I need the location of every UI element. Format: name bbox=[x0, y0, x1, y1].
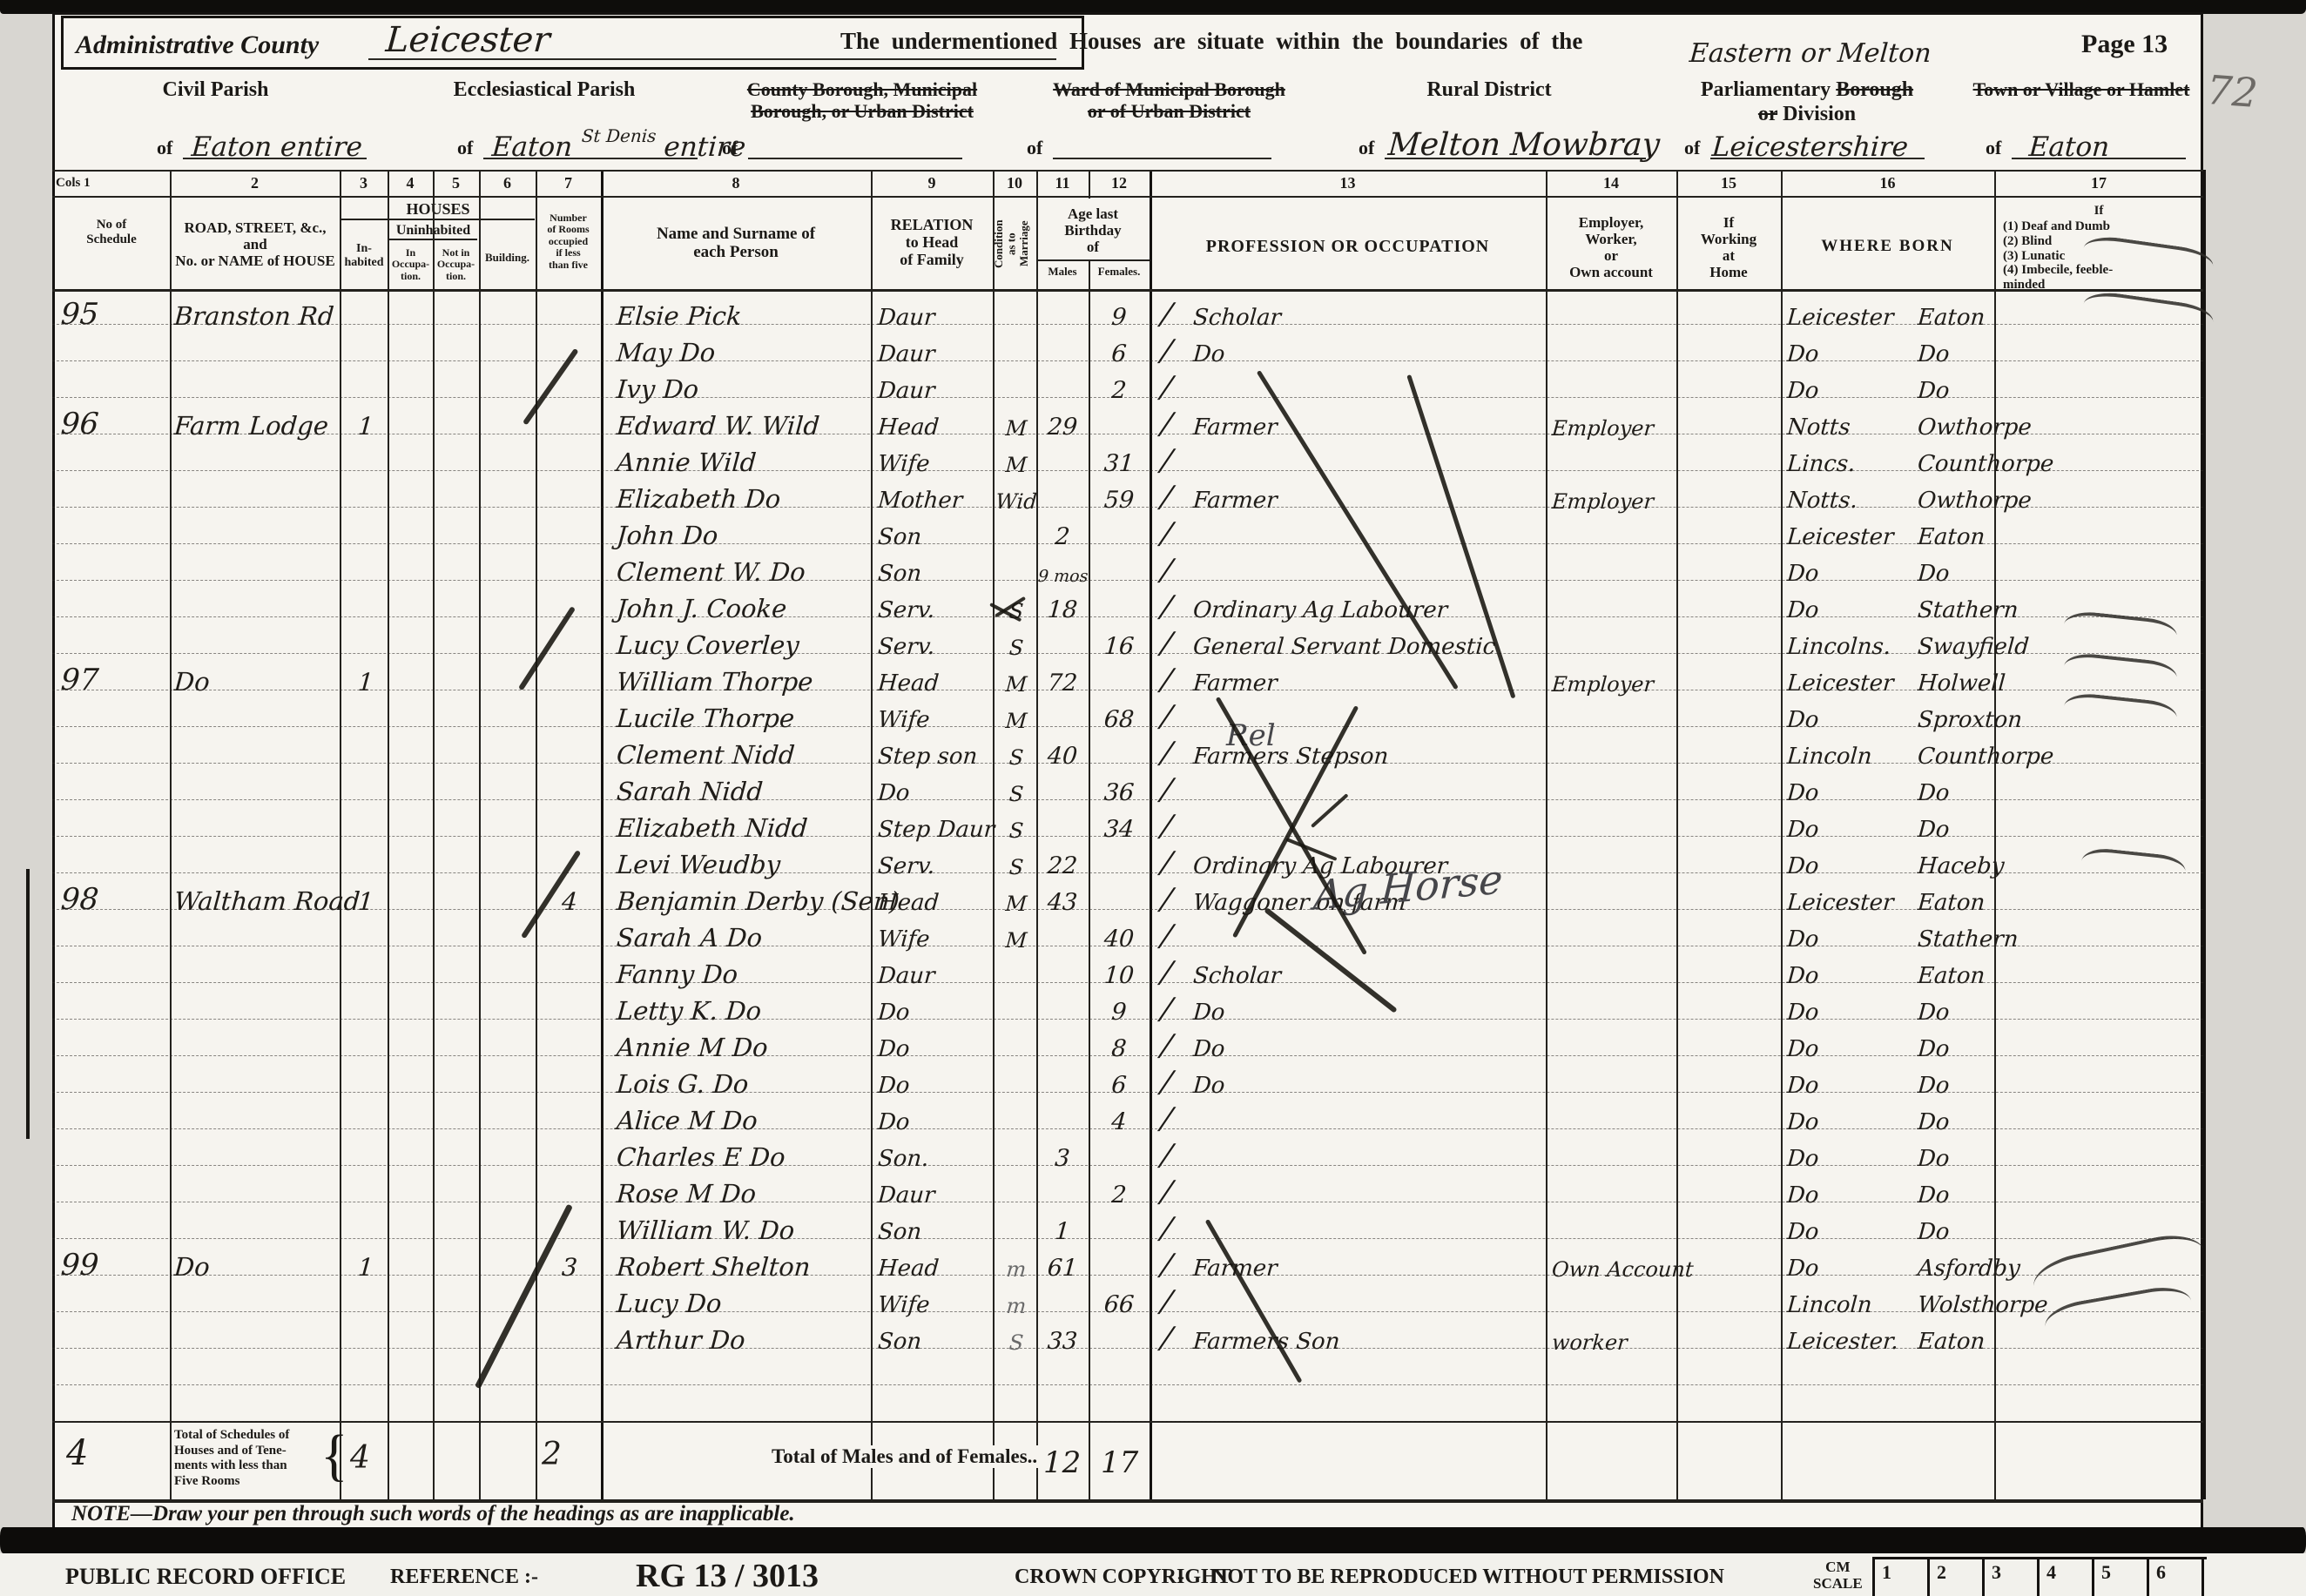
col-header-females: Females. bbox=[1090, 265, 1148, 279]
district-county-borough: County Borough, Municipal Borough, or Ur… bbox=[710, 73, 1015, 170]
district-title: County Borough, Municipal Borough, or Ur… bbox=[710, 78, 1015, 123]
census-row: /95Branston RdElsie PickDaur9ScholarLeic… bbox=[52, 287, 2203, 325]
scale-mark: 6 bbox=[2147, 1559, 2201, 1596]
census-row: /Levi WeudbyServ.S22Ordinary Ag Labourer… bbox=[52, 836, 2203, 873]
col-header-inhabited: In- habited bbox=[341, 242, 387, 269]
district-value-superscript: St Denis bbox=[581, 125, 657, 146]
totals-males-count: 12 bbox=[1043, 1445, 1081, 1480]
column-number: 17 bbox=[1994, 170, 2203, 196]
district-title: Rural District bbox=[1324, 78, 1655, 103]
sheet-heading: The undermentioned Houses are situate wi… bbox=[840, 28, 1642, 55]
of-label: of bbox=[157, 137, 172, 159]
district-title: Parliamentary Borough or Division bbox=[1655, 78, 1959, 126]
census-row: /98Waltham Road14Benjamin Derby (Sen)Hea… bbox=[52, 872, 2203, 910]
district-parliamentary-division: Eastern or Melton Parliamentary Borough … bbox=[1655, 73, 1959, 170]
col-header-name: Name and Surname of each Person bbox=[603, 225, 869, 262]
col-header-schedule: No of Schedule bbox=[56, 218, 167, 247]
district-value-part: Eaton bbox=[491, 131, 574, 163]
footer-reference-label: REFERENCE :- bbox=[390, 1566, 538, 1589]
column-line bbox=[2203, 170, 2206, 1499]
census-row: /William W. DoSon1DoDo bbox=[52, 1202, 2203, 1239]
footer-reference-number: RG 13 / 3013 bbox=[636, 1557, 819, 1595]
district-town-village: Town or Village or Hamlet of Eaton bbox=[1959, 73, 2203, 170]
struck-heading-line: Borough, or Urban District bbox=[751, 100, 974, 122]
fill-in-line bbox=[1053, 158, 1271, 159]
of-label: of bbox=[1359, 137, 1374, 159]
of-label: of bbox=[722, 137, 738, 159]
scale-mark: 3 bbox=[1982, 1559, 2037, 1596]
district-title: Ward of Municipal Borough or of Urban Di… bbox=[1015, 78, 1324, 123]
column-line bbox=[1089, 170, 1090, 199]
census-row: /Clement NiddStep sonS40Farmers StepsonL… bbox=[52, 726, 2203, 764]
col-header-infirmity-title: If bbox=[1996, 204, 2201, 219]
scale-mark: 1 bbox=[1872, 1559, 1927, 1596]
column-number: 8 bbox=[601, 170, 871, 196]
census-row: /Ivy DoDaur2DoDo bbox=[52, 360, 2203, 398]
column-number: 15 bbox=[1676, 170, 1781, 196]
totals-schedule-count: 4 bbox=[66, 1433, 88, 1473]
totals-rooms-count: 2 bbox=[542, 1437, 562, 1472]
census-page-scan: Administrative County Leicester The unde… bbox=[0, 0, 2306, 1596]
census-row: /Arthur DoSonS33Farmers SonworkerLeicest… bbox=[52, 1311, 2203, 1349]
table-rule bbox=[52, 196, 2203, 198]
census-row: /Charles E DoSon.3DoDo bbox=[52, 1128, 2203, 1166]
totals-inhabited-count: 4 bbox=[350, 1440, 370, 1476]
census-row: /Clement W. DoSon9 mosDoDo bbox=[52, 543, 2203, 581]
col-header-rooms: Number of Rooms occupied if less than fi… bbox=[537, 212, 599, 271]
column-number: 13 bbox=[1150, 170, 1546, 196]
column-number: 4 bbox=[388, 170, 433, 196]
table-rule bbox=[52, 170, 2203, 172]
column-number: 9 bbox=[871, 170, 993, 196]
census-row: /John J. CookeServ.S18Ordinary Ag Labour… bbox=[52, 580, 2203, 617]
record-office-footer: PUBLIC RECORD OFFICE REFERENCE :- RG 13 … bbox=[0, 1553, 2306, 1596]
folio-number: 72 bbox=[2205, 66, 2259, 117]
footer-scale-label: CM SCALE bbox=[1813, 1559, 1863, 1592]
of-label: of bbox=[1684, 137, 1700, 159]
district-value: Leicestershire bbox=[1711, 131, 1910, 163]
of-label: of bbox=[1986, 137, 2001, 159]
col-header-age: Age last Birthday of bbox=[1038, 205, 1148, 255]
scale-mark: 2 bbox=[1927, 1559, 1982, 1596]
district-ecclesiastical-parish: Ecclesiastical Parish of Eaton St Denis … bbox=[379, 73, 710, 170]
col-header-road: ROAD, STREET, &c., and No. or NAME of HO… bbox=[172, 219, 339, 269]
census-row: /Annie WildWifeM31Lincs.Counthorpe bbox=[52, 434, 2203, 471]
struck-heading-part: Borough bbox=[1836, 78, 1913, 101]
column-number: 14 bbox=[1546, 170, 1676, 196]
census-row: /Lois G. DoDo6DoDoDo bbox=[52, 1055, 2203, 1093]
col-header-relation: RELATION to Head of Family bbox=[873, 216, 991, 268]
col-header-not-in-occupation: Not in Occupa- tion. bbox=[435, 247, 477, 282]
column-number: Cols 1 bbox=[52, 170, 170, 196]
admin-county-underline bbox=[368, 58, 1056, 60]
cm-scale-ruler: 123456 bbox=[1872, 1557, 2207, 1596]
census-row: /Alice M DoDo4DoDo bbox=[52, 1092, 2203, 1129]
footnote: NOTE—Draw your pen through such words of… bbox=[71, 1502, 795, 1526]
district-rural-district: Rural District of Melton Mowbray bbox=[1324, 73, 1655, 170]
district-value: Eaton entire bbox=[191, 131, 363, 163]
struck-heading-part: or bbox=[1758, 103, 1777, 125]
scan-artifact-line bbox=[26, 869, 30, 1139]
col-header-houses: HOUSES bbox=[341, 200, 535, 220]
column-number: 11 bbox=[1036, 170, 1089, 196]
district-title: Civil Parish bbox=[52, 78, 379, 103]
column-number: 7 bbox=[536, 170, 601, 196]
age-subdivider bbox=[1036, 259, 1150, 261]
scan-divider-bar bbox=[0, 1527, 2306, 1553]
column-number: 16 bbox=[1781, 170, 1994, 196]
census-row: /Rose M DoDaur2DoDo bbox=[52, 1165, 2203, 1202]
totals-females-count: 17 bbox=[1101, 1445, 1138, 1480]
census-row: /Elizabeth NiddStep DaurS34DoDo bbox=[52, 799, 2203, 837]
heading-part: Division bbox=[1777, 103, 1856, 125]
scale-mark: 4 bbox=[2037, 1559, 2092, 1596]
struck-heading-line: Town or Village or Hamlet bbox=[1973, 78, 2190, 100]
district-ward: Ward of Municipal Borough or of Urban Di… bbox=[1015, 73, 1324, 170]
district-value: Melton Mowbray bbox=[1387, 127, 1662, 163]
of-label: of bbox=[457, 137, 473, 159]
footer-copyright: CROWN COPYRIGHT bbox=[1015, 1566, 1231, 1589]
page-number: Page 13 bbox=[2081, 30, 2168, 59]
col-header-profession: PROFESSION OR OCCUPATION bbox=[1151, 237, 1544, 257]
handwritten-annotation: Eastern or Melton bbox=[1689, 38, 1932, 69]
census-row bbox=[52, 1348, 2203, 1385]
column-number: 12 bbox=[1089, 170, 1150, 196]
district-title: Town or Village or Hamlet bbox=[1959, 78, 2203, 100]
census-row: /Annie M DoDo8DoDoDo bbox=[52, 1019, 2203, 1056]
district-value: Eaton St Denis entire bbox=[491, 131, 747, 163]
struck-heading-line: Ward of Municipal Borough bbox=[1053, 78, 1285, 100]
footer-office: PUBLIC RECORD OFFICE bbox=[65, 1564, 346, 1590]
census-row: /Sarah A DoWifeM40DoStathern bbox=[52, 909, 2203, 946]
district-value: Eaton bbox=[2028, 131, 2111, 163]
census-row: /96Farm Lodge1Edward W. WildHeadM29Farme… bbox=[52, 397, 2203, 434]
census-row: /Letty K. DoDo9DoDoDo bbox=[52, 982, 2203, 1020]
district-civil-parish: Civil Parish of Eaton entire bbox=[52, 73, 379, 170]
census-row: /Lucy DoWifem66LincolnWolsthorpe bbox=[52, 1275, 2203, 1312]
census-row bbox=[52, 1384, 2203, 1422]
of-label: of bbox=[1027, 137, 1042, 159]
scale-mark: 5 bbox=[2092, 1559, 2147, 1596]
col-header-working-at-home: If Working at Home bbox=[1678, 214, 1779, 280]
district-title: Ecclesiastical Parish bbox=[379, 78, 710, 103]
struck-heading-line: County Borough, Municipal bbox=[747, 78, 977, 100]
column-number: 3 bbox=[340, 170, 388, 196]
scale-end-line bbox=[2201, 1559, 2211, 1596]
totals-label: Total of Schedules of Houses and of Tene… bbox=[174, 1428, 289, 1490]
totals-males-females-label: Total of Males and of Females.. bbox=[765, 1445, 1044, 1468]
census-row: /Elizabeth DoMotherWid59FarmerEmployerNo… bbox=[52, 470, 2203, 508]
col-header-in-occupation: In Occupa- tion. bbox=[389, 247, 432, 282]
footer-dash: - bbox=[1177, 1566, 1184, 1589]
totals-brace: { bbox=[320, 1423, 348, 1489]
column-number: 10 bbox=[993, 170, 1036, 196]
census-row: /Lucy CoverleyServ.S16General Servant Do… bbox=[52, 616, 2203, 654]
census-row: /Sarah NiddDoS36DoDo bbox=[52, 763, 2203, 800]
admin-county-value: Leicester bbox=[384, 20, 551, 60]
col-header-where-born: WHERE BORN bbox=[1783, 237, 1992, 256]
col-header-building: Building. bbox=[481, 251, 534, 265]
census-row: /Lucile ThorpeWifeM68DoSproxton bbox=[52, 690, 2203, 727]
census-row: /May DoDaur6DoDoDo bbox=[52, 324, 2203, 361]
census-row: /99Do13Robert SheltonHeadm61FarmerOwn Ac… bbox=[52, 1238, 2203, 1276]
col-header-condition: Condition as to Marriage bbox=[993, 202, 1036, 286]
admin-county-label: Administrative County bbox=[76, 30, 319, 60]
census-row: /97Do1William ThorpeHeadM72FarmerEmploye… bbox=[52, 653, 2203, 690]
col-header-employer: Employer, Worker, or Own account bbox=[1547, 214, 1675, 280]
census-row: /Fanny DoDaur10ScholarDoEaton bbox=[52, 946, 2203, 983]
column-number: 5 bbox=[433, 170, 479, 196]
census-row: /John DoSon2LeicesterEaton bbox=[52, 507, 2203, 544]
col-header-males: Males bbox=[1036, 265, 1089, 279]
heading-part: Parliamentary bbox=[1701, 78, 1836, 101]
fill-in-line bbox=[748, 158, 962, 159]
column-number: 6 bbox=[479, 170, 536, 196]
struck-heading-line: or of Urban District bbox=[1088, 100, 1251, 122]
column-number: 2 bbox=[170, 170, 340, 196]
footer-notice: NOT TO BE REPRODUCED WITHOUT PERMISSION bbox=[1212, 1566, 1724, 1589]
